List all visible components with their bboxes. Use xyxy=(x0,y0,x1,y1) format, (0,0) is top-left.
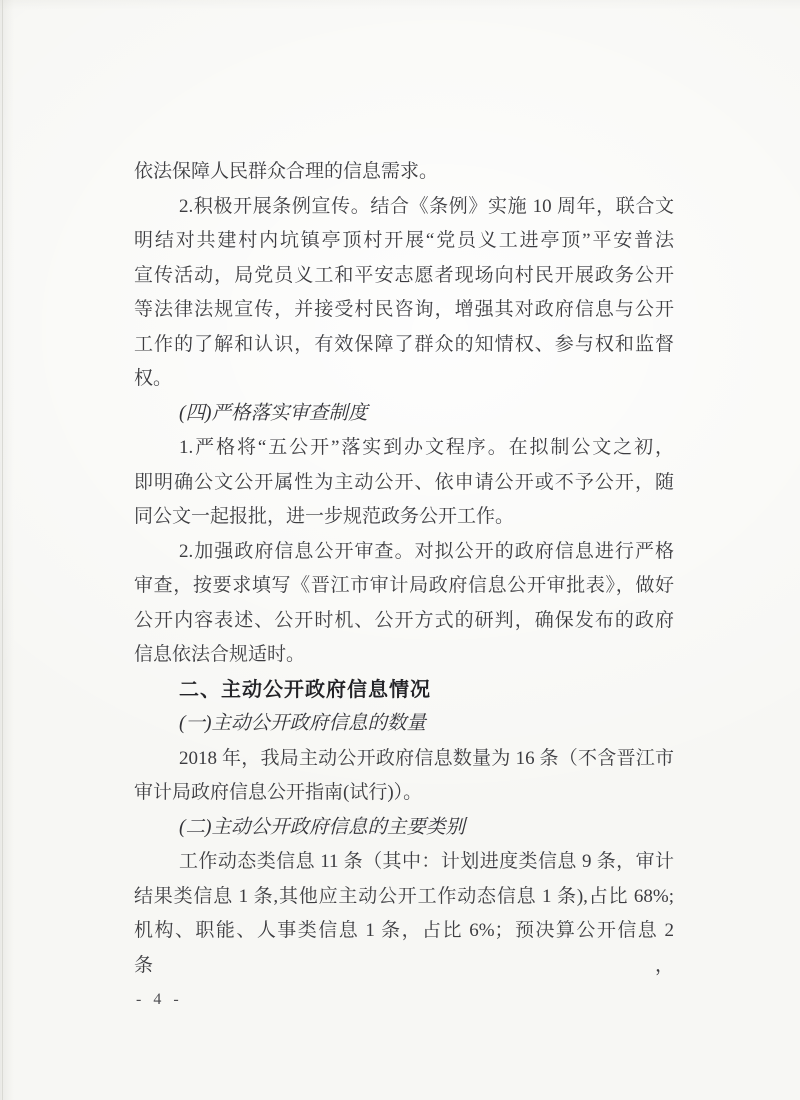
text-line: 结果类信息 1 条,其他应主动公开工作动态信息 1 条),占比 68%; xyxy=(134,880,674,915)
text-line: 工作的了解和认识，有效保障了群众的知情权、参与权和监督 xyxy=(134,328,674,363)
text-line: 2.加强政府信息公开审查。对拟公开的政府信息进行严格 xyxy=(134,535,674,570)
text-line: 权。 xyxy=(134,362,674,397)
document-lines: 依法保障人民群众合理的信息需求。2.积极开展条例宣传。结合《条例》实施 10 周… xyxy=(134,155,674,949)
text-line: 1.严格将“五公开”落实到办文程序。在拟制公文之初， xyxy=(134,431,674,466)
scan-edge-artifact xyxy=(2,0,3,1100)
text-line: 依法保障人民群众合理的信息需求。 xyxy=(134,155,674,190)
text-line: 公开内容表述、公开时机、公开方式的研判，确保发布的政府 xyxy=(134,604,674,639)
text-line: 等法律法规宣传，并接受村民咨询，增强其对政府信息与公开 xyxy=(134,293,674,328)
text-line: (二)主动公开政府信息的主要类别 xyxy=(134,811,674,846)
text-line: 信息依法合规适时。 xyxy=(134,638,674,673)
text-line: 工作动态类信息 11 条（其中：计划进度类信息 9 条，审计 xyxy=(134,845,674,880)
text-line: 机构、职能、人事类信息 1 条，占比 6%；预决算公开信息 2 条， xyxy=(134,914,674,949)
page-number: - 4 - xyxy=(136,991,183,1009)
scanned-document-page: 依法保障人民群众合理的信息需求。2.积极开展条例宣传。结合《条例》实施 10 周… xyxy=(0,0,800,1100)
text-line: 同公文一起报批，进一步规范政务公开工作。 xyxy=(134,500,674,535)
text-line: 2.积极开展条例宣传。结合《条例》实施 10 周年，联合文 xyxy=(134,190,674,225)
text-line: 明结对共建村内坑镇亭顶村开展“党员义工进亭顶”平安普法 xyxy=(134,224,674,259)
text-line: 二、主动公开政府信息情况 xyxy=(134,673,674,708)
text-line: 审计局政府信息公开指南(试行)）。 xyxy=(134,776,674,811)
text-line: 宣传活动，局党员义工和平安志愿者现场向村民开展政务公开 xyxy=(134,259,674,294)
text-line: (一)主动公开政府信息的数量 xyxy=(134,707,674,742)
text-line: (四)严格落实审查制度 xyxy=(134,397,674,432)
text-line: 审查，按要求填写《晋江市审计局政府信息公开审批表》，做好 xyxy=(134,569,674,604)
text-line: 即明确公文公开属性为主动公开、依申请公开或不予公开，随 xyxy=(134,466,674,501)
text-line: 2018 年，我局主动公开政府信息数量为 16 条（不含晋江市 xyxy=(134,742,674,777)
